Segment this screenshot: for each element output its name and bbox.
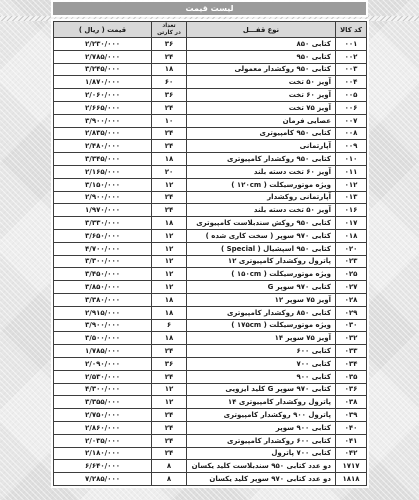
product-code-cell: ۰۳۶: [336, 383, 367, 396]
qty-per-carton-cell: ۲۴: [152, 101, 187, 114]
table-row: ۰۰۳ کتابی ۹۵۰ روکشدار معمولی ۱۸ ۳/۲۴۵/۰۰…: [54, 63, 367, 76]
qty-per-carton-cell: ۱۰: [152, 114, 187, 127]
lock-type-cell: کتابی ۹۵۰ اسپشیال ( Special ): [187, 242, 336, 255]
table-row: ۰۰۴ آویز ۵۰ تخت ۶۰ ۱/۸۷۰/۰۰۰: [54, 76, 367, 89]
lock-type-cell: کتابی ۹۷۰ سوپر G کلید ایزویی: [187, 383, 336, 396]
table-row: ۰۰۹ آپارتمانی ۲۴ ۲/۴۸۰/۰۰۰: [54, 140, 367, 153]
table-row: ۰۰۲ کتابی ۹۵۰ ۲۴ ۲/۷۸۵/۰۰۰: [54, 50, 367, 63]
qty-per-carton-cell: ۲۴: [152, 447, 187, 460]
product-code-cell: ۰۲۵: [336, 268, 367, 281]
table-row: ۰۲۰ کتابی ۹۵۰ اسپشیال ( Special ) ۱۲ ۴/۷…: [54, 242, 367, 255]
qty-per-carton-cell: ۶۰: [152, 76, 187, 89]
lock-type-cell: دو عدد کتابی ۹۵۰ سندبلاست کلید یکسان: [187, 460, 336, 473]
price-cell: ۲/۴۸۰/۰۰۰: [54, 140, 152, 153]
lock-type-cell: آپارتمانی روکشدار: [187, 191, 336, 204]
qty-per-carton-cell: ۱۲: [152, 396, 187, 409]
qty-per-carton-cell: ۱۲: [152, 178, 187, 191]
qty-per-carton-cell: ۲۴: [152, 204, 187, 217]
qty-per-carton-cell: ۱۸: [152, 332, 187, 345]
product-code-cell: ۰۴۲: [336, 447, 367, 460]
table-row: ۰۳۵ کتابی ۹۰۰ ۲۴ ۲/۵۳۰/۰۰۰: [54, 370, 367, 383]
column-header-code: کد کالا: [336, 22, 367, 38]
product-code-cell: ۰۱۱: [336, 165, 367, 178]
price-list-page: { "title_bar": { "label": "لیست قیمت" },…: [0, 0, 419, 500]
price-cell: ۱/۷۸۵/۰۰۰: [54, 345, 152, 358]
price-table-body: ۰۰۱ کتابی ۸۵۰ ۳۶ ۲/۲۳۰/۰۰۰ ۰۰۲ کتابی ۹۵۰…: [54, 38, 367, 486]
table-row: ۰۲۸ آویز ۷۵ سوپر ۱۲ ۱۸ ۳/۳۸۰/۰۰۰: [54, 293, 367, 306]
lock-type-cell: کتابی ۶۰۰ روکشدار کامپیوتری: [187, 434, 336, 447]
table-row: ۰۴۱ کتابی ۶۰۰ روکشدار کامپیوتری ۲۴ ۲/۰۳۵…: [54, 434, 367, 447]
table-row: ۰۰۵ آویز ۶۰ تخت ۳۶ ۲/۰۶۰/۰۰۰: [54, 89, 367, 102]
column-header-price: قیمت ( ریال ): [54, 22, 152, 38]
qty-per-carton-cell: ۱۸: [152, 153, 187, 166]
price-cell: ۳/۵۰۰/۰۰۰: [54, 332, 152, 345]
lock-type-cell: کتابی ۹۰۰ سوپر: [187, 421, 336, 434]
product-code-cell: ۰۳۴: [336, 357, 367, 370]
price-cell: ۳/۳۵۵/۰۰۰: [54, 396, 152, 409]
price-cell: ۳/۳۰۰/۰۰۰: [54, 255, 152, 268]
table-row: ۰۳۲ آویز ۷۵ سوپر ۱۴ ۱۸ ۳/۵۰۰/۰۰۰: [54, 332, 367, 345]
qty-per-carton-cell: ۱۸: [152, 63, 187, 76]
lock-type-cell: آویز ۵۰ تخت دسته بلند: [187, 204, 336, 217]
price-cell: ۲/۷۸۵/۰۰۰: [54, 50, 152, 63]
product-code-cell: ۰۲۳: [336, 255, 367, 268]
product-code-cell: ۰۰۷: [336, 114, 367, 127]
product-code-cell: ۰۳۸: [336, 396, 367, 409]
price-cell: ۱/۹۷۰/۰۰۰: [54, 204, 152, 217]
table-row: ۰۲۵ ویژه موتورسیکلت ( ۱۵۰cm ) ۱۲ ۳/۴۵۰/۰…: [54, 268, 367, 281]
price-cell: ۴/۳۰۰/۰۰۰: [54, 383, 152, 396]
qty-per-carton-cell: ۲۴: [152, 140, 187, 153]
price-cell: ۷/۲۸۵/۰۰۰: [54, 473, 152, 486]
price-cell: ۲/۲۳۰/۰۰۰: [54, 38, 152, 51]
table-row: ۰۰۱ کتابی ۸۵۰ ۳۶ ۲/۲۳۰/۰۰۰: [54, 38, 367, 51]
lock-type-cell: پاترول روکشدار کامپیوتری ۱۲: [187, 255, 336, 268]
product-code-cell: ۰۲۸: [336, 293, 367, 306]
table-row: ۰۰۷ عصایی فرمان ۱۰ ۳/۹۰۰/۰۰۰: [54, 114, 367, 127]
table-row: ۰۳۹ پاترول ۹۰۰ روکشدار کامپیوتری ۲۴ ۲/۷۵…: [54, 409, 367, 422]
lock-type-cell: کتابی ۹۷۰ سوپر ( سخت کاری شده ): [187, 229, 336, 242]
lock-type-cell: دو عدد کتابی ۹۷۰ سوپر کلید یکسان: [187, 473, 336, 486]
product-code-cell: ۰۰۲: [336, 50, 367, 63]
lock-type-cell: کتابی ۹۵۰: [187, 50, 336, 63]
product-code-cell: ۰۲۷: [336, 281, 367, 294]
lock-type-cell: کتابی ۹۵۰ کامپیوتری: [187, 127, 336, 140]
lock-type-cell: آویز ۷۵ تخت: [187, 101, 336, 114]
lock-type-cell: کتابی ۹۰۰: [187, 370, 336, 383]
lock-type-cell: آویز ۷۵ سوپر ۱۲: [187, 293, 336, 306]
lock-type-cell: کتابی ۹۵۰ روکش سندبلاست کامپیوتری: [187, 217, 336, 230]
qty-per-carton-cell: ۲۰: [152, 165, 187, 178]
price-cell: ۲/۰۳۵/۰۰۰: [54, 434, 152, 447]
qty-per-carton-cell: ۱۲: [152, 242, 187, 255]
price-cell: ۲/۱۶۵/۰۰۰: [54, 165, 152, 178]
product-code-cell: ۱۸۱۸: [336, 473, 367, 486]
price-table: کد کالا نوع قفـــل تعداد در کارتن قیمت (…: [53, 21, 367, 486]
table-row: ۰۱۲ ویژه موتورسیکلت ( ۱۲۰cm ) ۱۲ ۳/۱۵۰/۰…: [54, 178, 367, 191]
price-cell: ۳/۳۴۵/۰۰۰: [54, 153, 152, 166]
table-row: ۰۱۳ آپارتمانی روکشدار ۲۴ ۲/۹۰۰/۰۰۰: [54, 191, 367, 204]
product-code-cell: ۰۰۹: [336, 140, 367, 153]
price-cell: ۳/۳۳۰/۰۰۰: [54, 217, 152, 230]
product-code-cell: ۰۱۸: [336, 229, 367, 242]
qty-per-carton-cell: ۲۴: [152, 434, 187, 447]
lock-type-cell: کتابی ۹۵۰ روکشدار کامپیوتری: [187, 153, 336, 166]
lock-type-cell: ویژه موتورسیکلت ( ۱۲۰cm ): [187, 178, 336, 191]
lock-type-cell: آپارتمانی: [187, 140, 336, 153]
table-row: ۰۳۴ کتابی ۷۰۰ ۳۶ ۲/۰۹۰/۰۰۰: [54, 357, 367, 370]
lock-type-cell: کتابی ۸۵۰ روکشدار کامپیوتری: [187, 306, 336, 319]
qty-per-carton-cell: ۲۴: [152, 345, 187, 358]
lock-type-cell: پاترول روکشدار کامپیوتری ۱۴: [187, 396, 336, 409]
product-code-cell: ۰۴۰: [336, 421, 367, 434]
price-cell: ۶/۶۴۰/۰۰۰: [54, 460, 152, 473]
table-row: ۰۱۶ آویز ۵۰ تخت دسته بلند ۲۴ ۱/۹۷۰/۰۰۰: [54, 204, 367, 217]
price-cell: ۲/۹۰۰/۰۰۰: [54, 191, 152, 204]
price-cell: ۲/۰۶۰/۰۰۰: [54, 89, 152, 102]
qty-per-carton-cell: ۱۸: [152, 217, 187, 230]
price-cell: ۲/۸۳۵/۰۰۰: [54, 127, 152, 140]
qty-per-carton-cell: ۱۲: [152, 281, 187, 294]
lock-type-cell: آویز ۵۰ تخت: [187, 76, 336, 89]
product-code-cell: ۰۱۶: [336, 204, 367, 217]
table-row: ۰۰۶ آویز ۷۵ تخت ۲۴ ۲/۶۶۵/۰۰۰: [54, 101, 367, 114]
qty-per-carton-cell: ۳۶: [152, 89, 187, 102]
qty-per-carton-cell: ۶: [152, 319, 187, 332]
table-row: ۰۱۸ کتابی ۹۷۰ سوپر ( سخت کاری شده ) ۱۲ ۳…: [54, 229, 367, 242]
product-code-cell: ۰۴۱: [336, 434, 367, 447]
table-row: ۱۷۱۷ دو عدد کتابی ۹۵۰ سندبلاست کلید یکسا…: [54, 460, 367, 473]
price-cell: ۳/۸۵۰/۰۰۰: [54, 281, 152, 294]
table-row: ۰۲۳ پاترول روکشدار کامپیوتری ۱۲ ۱۲ ۳/۳۰۰…: [54, 255, 367, 268]
product-code-cell: ۰۱۷: [336, 217, 367, 230]
column-header-qty: تعداد در کارتن: [152, 22, 187, 38]
product-code-cell: ۰۱۳: [336, 191, 367, 204]
price-cell: ۳/۴۵۰/۰۰۰: [54, 268, 152, 281]
price-cell: ۲/۰۹۰/۰۰۰: [54, 357, 152, 370]
product-code-cell: ۰۰۸: [336, 127, 367, 140]
product-code-cell: ۰۱۲: [336, 178, 367, 191]
qty-per-carton-cell: ۱۸: [152, 306, 187, 319]
table-row: ۰۱۰ کتابی ۹۵۰ روکشدار کامپیوتری ۱۸ ۳/۳۴۵…: [54, 153, 367, 166]
price-cell: ۳/۹۰۰/۰۰۰: [54, 114, 152, 127]
qty-per-carton-cell: ۳۶: [152, 357, 187, 370]
table-row: ۰۱۷ کتابی ۹۵۰ روکش سندبلاست کامپیوتری ۱۸…: [54, 217, 367, 230]
price-cell: ۱/۸۷۰/۰۰۰: [54, 76, 152, 89]
lock-type-cell: کتابی ۹۵۰ روکشدار معمولی: [187, 63, 336, 76]
qty-per-carton-cell: ۱۲: [152, 229, 187, 242]
lock-type-cell: ویژه موتورسیکلت ( ۱۷۵cm ): [187, 319, 336, 332]
product-code-cell: ۰۰۱: [336, 38, 367, 51]
price-cell: ۲/۱۸۰/۰۰۰: [54, 447, 152, 460]
price-cell: ۲/۵۳۰/۰۰۰: [54, 370, 152, 383]
lock-type-cell: آویز ۷۵ سوپر ۱۴: [187, 332, 336, 345]
qty-per-carton-cell: ۸: [152, 473, 187, 486]
table-row: ۱۸۱۸ دو عدد کتابی ۹۷۰ سوپر کلید یکسان ۸ …: [54, 473, 367, 486]
product-code-cell: ۰۳۰: [336, 319, 367, 332]
qty-per-carton-cell: ۲۴: [152, 50, 187, 63]
table-row: ۰۴۰ کتابی ۹۰۰ سوپر ۲۴ ۲/۸۶۰/۰۰۰: [54, 421, 367, 434]
qty-per-carton-cell: ۱۲: [152, 268, 187, 281]
product-code-cell: ۰۲۹: [336, 306, 367, 319]
table-row: ۰۱۱ آویز ۶۰ تخت دسته بلند ۲۰ ۲/۱۶۵/۰۰۰: [54, 165, 367, 178]
price-cell: ۳/۳۸۰/۰۰۰: [54, 293, 152, 306]
product-code-cell: ۰۱۰: [336, 153, 367, 166]
lock-type-cell: پاترول ۹۰۰ روکشدار کامپیوتری: [187, 409, 336, 422]
lock-type-cell: آویز ۶۰ تخت: [187, 89, 336, 102]
qty-per-carton-cell: ۲۴: [152, 370, 187, 383]
qty-per-carton-cell: ۱۲: [152, 383, 187, 396]
product-code-cell: ۰۲۰: [336, 242, 367, 255]
page-title: لیست قیمت: [186, 4, 234, 13]
product-code-cell: ۰۰۳: [336, 63, 367, 76]
column-header-lock-type: نوع قفـــل: [187, 22, 336, 38]
lock-type-cell: عصایی فرمان: [187, 114, 336, 127]
table-row: ۰۳۳ کتابی ۶۰۰ ۲۴ ۱/۷۸۵/۰۰۰: [54, 345, 367, 358]
title-bar: لیست قیمت: [53, 2, 366, 15]
price-cell: ۲/۹۱۵/۰۰۰: [54, 306, 152, 319]
price-cell: ۳/۶۵۰/۰۰۰: [54, 229, 152, 242]
lock-type-cell: کتابی ۹۷۰ سوپر G: [187, 281, 336, 294]
price-cell: ۲/۸۶۰/۰۰۰: [54, 421, 152, 434]
qty-per-carton-cell: ۳۶: [152, 38, 187, 51]
price-cell: ۲/۷۵۰/۰۰۰: [54, 409, 152, 422]
lock-type-cell: کتابی ۸۵۰: [187, 38, 336, 51]
qty-per-carton-cell: ۲۴: [152, 409, 187, 422]
table-row: ۰۰۸ کتابی ۹۵۰ کامپیوتری ۲۴ ۲/۸۳۵/۰۰۰: [54, 127, 367, 140]
price-cell: ۳/۹۰۰/۰۰۰: [54, 319, 152, 332]
product-code-cell: ۰۳۲: [336, 332, 367, 345]
product-code-cell: ۰۳۵: [336, 370, 367, 383]
product-code-cell: ۰۰۶: [336, 101, 367, 114]
qty-per-carton-cell: ۸: [152, 460, 187, 473]
lock-type-cell: ویژه موتورسیکلت ( ۱۵۰cm ): [187, 268, 336, 281]
qty-per-carton-cell: ۲۴: [152, 421, 187, 434]
price-cell: ۴/۷۰۰/۰۰۰: [54, 242, 152, 255]
lock-type-cell: کتابی ۷۰۰ پاترول: [187, 447, 336, 460]
qty-per-carton-cell: ۲۴: [152, 127, 187, 140]
lock-type-cell: کتابی ۶۰۰: [187, 345, 336, 358]
table-row: ۰۳۶ کتابی ۹۷۰ سوپر G کلید ایزویی ۱۲ ۴/۳۰…: [54, 383, 367, 396]
product-code-cell: ۰۰۴: [336, 76, 367, 89]
product-code-cell: ۱۷۱۷: [336, 460, 367, 473]
lock-type-cell: آویز ۶۰ تخت دسته بلند: [187, 165, 336, 178]
product-code-cell: ۰۰۵: [336, 89, 367, 102]
price-cell: ۲/۶۶۵/۰۰۰: [54, 101, 152, 114]
table-row: ۰۲۷ کتابی ۹۷۰ سوپر G ۱۲ ۳/۸۵۰/۰۰۰: [54, 281, 367, 294]
table-row: ۰۴۲ کتابی ۷۰۰ پاترول ۲۴ ۲/۱۸۰/۰۰۰: [54, 447, 367, 460]
table-row: ۰۲۹ کتابی ۸۵۰ روکشدار کامپیوتری ۱۸ ۲/۹۱۵…: [54, 306, 367, 319]
qty-per-carton-cell: ۱۸: [152, 293, 187, 306]
qty-per-carton-cell: ۲۴: [152, 191, 187, 204]
price-table-header: کد کالا نوع قفـــل تعداد در کارتن قیمت (…: [54, 22, 367, 38]
price-cell: ۳/۲۴۵/۰۰۰: [54, 63, 152, 76]
table-row: ۰۳۸ پاترول روکشدار کامپیوتری ۱۴ ۱۲ ۳/۳۵۵…: [54, 396, 367, 409]
lock-type-cell: کتابی ۷۰۰: [187, 357, 336, 370]
product-code-cell: ۰۳۹: [336, 409, 367, 422]
column-header-qty-line2: در کارتن: [152, 30, 186, 36]
table-row: ۰۳۰ ویژه موتورسیکلت ( ۱۷۵cm ) ۶ ۳/۹۰۰/۰۰…: [54, 319, 367, 332]
product-code-cell: ۰۳۳: [336, 345, 367, 358]
price-cell: ۳/۱۵۰/۰۰۰: [54, 178, 152, 191]
qty-per-carton-cell: ۱۲: [152, 255, 187, 268]
